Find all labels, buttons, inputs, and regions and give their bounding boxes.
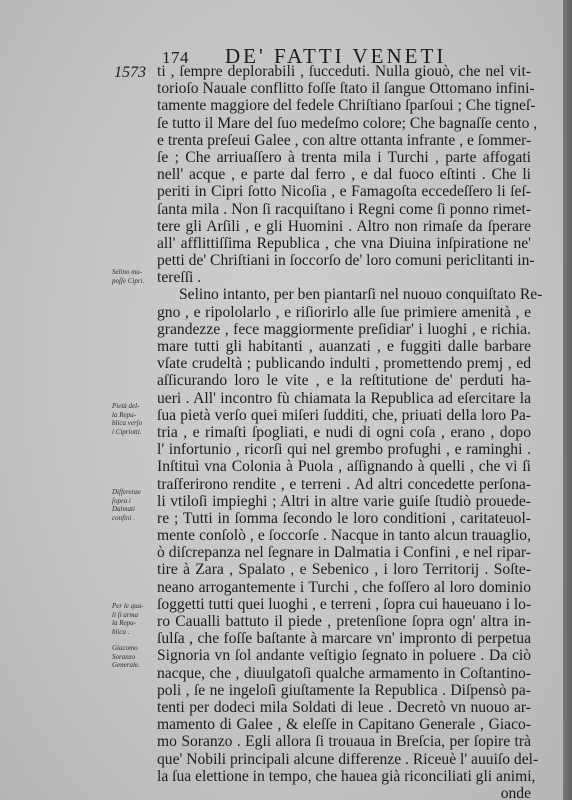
text-line: e trenta preſeui Galee , con altre ottan… <box>157 132 531 149</box>
text-line: Inſtituì vna Colonia à Puola , aſſignand… <box>157 458 531 475</box>
text-line: tere gli Arſili , e gli Huomini . Altro … <box>157 218 531 235</box>
text-line: torioſo Nauale conflitto foſſe ſtato il … <box>157 80 531 97</box>
text-line: mamento di Galee , & eleſſe in Capitano … <box>157 716 531 733</box>
text-line: mente conſolò , e ſoccorſe . Nacque in t… <box>157 527 531 544</box>
text-line: gno , e ripololarlo , e riſiorirlo alle … <box>157 304 531 321</box>
text-line: mo Soranzo . Egli allora ſi trouaua in B… <box>157 733 531 750</box>
text-line: ſulſa , che foſſe baſtante à marcare vn'… <box>157 630 531 647</box>
text-line: all' afflittiſſima Republica , che vna D… <box>157 235 531 252</box>
text-line: re ; Tutti in ſomma ſecondo le loro cond… <box>157 510 531 527</box>
paragraph-start-line: Selino intanto, per ben piantarſi nel nu… <box>157 286 531 303</box>
text-line: la ſua elettione in tempo, che hauea già… <box>157 768 531 785</box>
body-text: ti , ſempre deplorabili , ſucceduti. Nul… <box>157 63 531 800</box>
year-marker: 1573 <box>114 64 146 82</box>
text-line: neano arrogantemente i Turchi , che foſſ… <box>157 579 531 596</box>
text-line: l' infortunio , ricorſi qui nel grembo p… <box>157 441 531 458</box>
text-line: tria , e rimaſti ſpogliati, e nudi di og… <box>157 424 531 441</box>
text-line: ſanta mila . Non ſi racquiſtano i Regni … <box>157 201 531 218</box>
margin-note-soranzo: Giacomo Soranzo Generale. <box>112 644 160 670</box>
text-line: nell' acque , e parte dal ferro , e dal … <box>157 166 531 183</box>
book-page: 174 DE' FATTI VENETI 1573 ti , ſempre de… <box>0 0 564 800</box>
margin-note-selino: Selino mu- poſſe Cipri. <box>112 268 160 285</box>
text-line: poli , ſe ne ingeloſì giuſtamente la Rep… <box>157 682 531 699</box>
text-line: vſate crudeltà ; publicando indulti , pr… <box>157 355 531 372</box>
book-binding-edge <box>563 0 572 800</box>
text-line: que' Nobili principali alcune differenze… <box>157 751 531 768</box>
text-line: periti in Cipri ſotto Nicoſia , e Famago… <box>157 183 531 200</box>
text-line: traſferirono rendite , e terreni . Ad al… <box>157 476 531 493</box>
text-line: ſe ; Che arriuaſſero à trenta mila i Tur… <box>157 149 531 166</box>
text-line: Signoria vn ſol andante veſtigio ſegnato… <box>157 647 531 664</box>
text-line: tire à Zara , Spalato , e Sebenico , i l… <box>157 561 531 578</box>
text-line: ro Caualli battuto il piede , pretenſion… <box>157 613 531 630</box>
margin-note-differenze: Differenze ſopra i Dalmati confini . <box>112 488 160 522</box>
text-line: tenti per dodeci mila Soldati di leue . … <box>157 699 531 716</box>
text-line: ueri . All' incontro fù chiamata la Repu… <box>157 390 531 407</box>
text-line: ti , ſempre deplorabili , ſucceduti. Nul… <box>157 63 531 80</box>
text-line: li vtiloſi impieghi ; Altri in altre var… <box>157 493 531 510</box>
text-line: petti de' Chriſtiani in ſoccorſo de' lor… <box>157 252 531 269</box>
margin-note-pieta: Pietà del- la Repu- blica verſo i Ciprio… <box>112 402 160 436</box>
text-line: nacque, che , diuulgatoſi qualche armame… <box>157 665 531 682</box>
text-line: mare tutti gli habitanti , auanzati , e … <box>157 338 531 355</box>
text-line: ſe tutto il Mare del ſuo medeſmo colore;… <box>157 115 531 132</box>
text-line: ò diſcrepanza nel ſegnare in Dalmatia i … <box>157 544 531 561</box>
text-line: tamente maggiore del fedele Chriſtiano ſ… <box>157 97 531 114</box>
text-line: ſoggetti tutti quei luoghi , e terreni ,… <box>157 596 531 613</box>
text-line: aſſicurando loro le vite , e la reſtitut… <box>157 372 531 389</box>
text-line: ſua pietà verſo quei miſeri ſudditi, che… <box>157 407 531 424</box>
text-line: grandezze , fece maggiormente preſidiar'… <box>157 321 531 338</box>
catchword: onde <box>157 785 531 800</box>
text-line: tereſſi . <box>157 269 531 286</box>
margin-note-arma: Per le qua- li ſi arma la Repu- blica . <box>112 602 160 636</box>
